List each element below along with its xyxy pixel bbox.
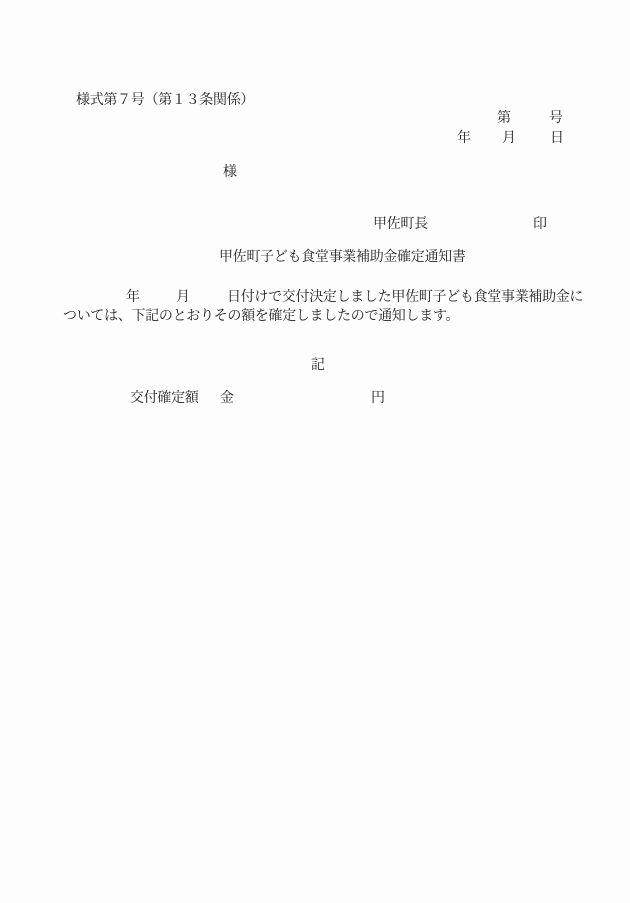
document-title: 甲佐町子ども食堂事業補助金確定通知書: [219, 250, 466, 264]
form-number: 様式第７号（第１３条関係）: [76, 93, 254, 107]
sender-name: 甲佐町長: [373, 217, 428, 231]
doc-number-go: 号: [549, 111, 563, 125]
body-line1-month: 月: [176, 290, 190, 304]
body-line1-year: 年: [126, 290, 140, 304]
body-line1-rest: 日付けで交付決定しました甲佐町子ども食堂事業補助金に: [227, 290, 583, 304]
date-year: 年: [457, 131, 471, 145]
sender-seal: 印: [533, 217, 547, 231]
doc-number-dai: 第: [497, 111, 511, 125]
amount-label: 交付確定額: [130, 391, 199, 405]
amount-prefix-kin: 金: [220, 391, 234, 405]
body-line2: ついては、下記のとおりその額を確定しましたので通知します。: [63, 309, 459, 323]
document-page: 様式第７号（第１３条関係） 第 号 年 月 日 様 甲佐町長 印 甲佐町子ども食…: [0, 0, 630, 903]
addressee-honorific: 様: [223, 165, 237, 179]
date-month: 月: [502, 131, 516, 145]
section-marker-ki: 記: [311, 358, 325, 372]
amount-unit-yen: 円: [371, 391, 385, 405]
date-day: 日: [550, 131, 564, 145]
